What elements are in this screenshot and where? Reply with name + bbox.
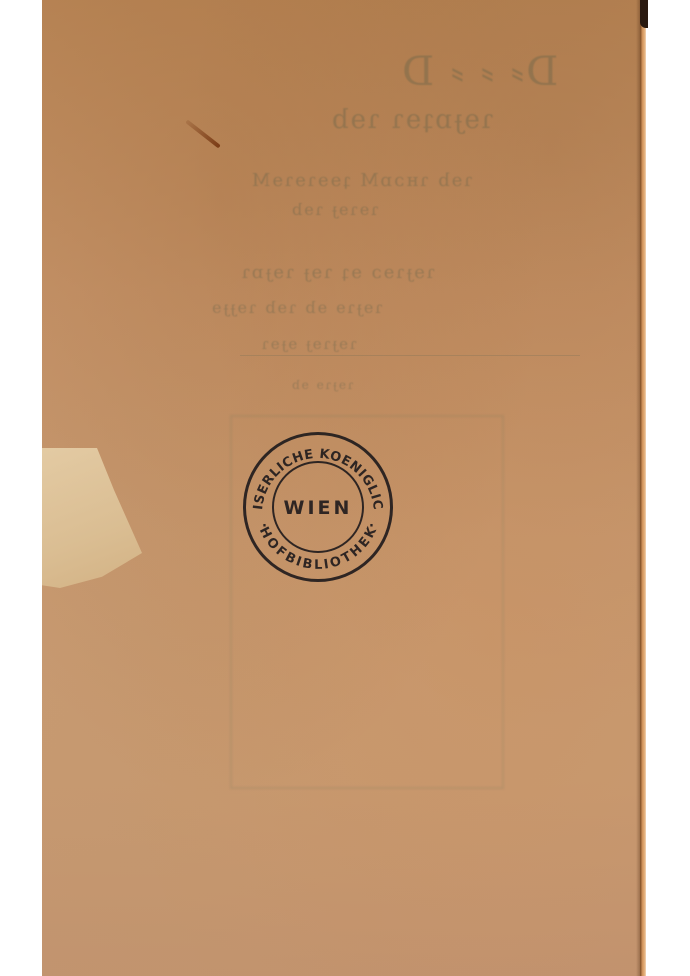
bleed-through-rule	[240, 355, 580, 356]
bleed-through-line: ɿɘɿɘɟ ɿɘb	[290, 200, 379, 219]
bleed-through-line: ɿɘɟɒʇɘɿ ɿɘb	[330, 105, 494, 135]
library-stamp: KAISERLICHE KOENIGLICHE HOFBIBLIOTHEK · …	[243, 432, 393, 582]
stamp-center-text: WIEN	[246, 497, 390, 519]
bleed-through-title: D⸗ ⸗ ⸗ D	[400, 48, 558, 95]
stamp-separator-right: ·	[369, 519, 374, 534]
bleed-through-line: ɿɘɟɿɘɔ ɘʇ ɿɘɟ ɿɘɟɒɿ	[240, 262, 435, 283]
page-fore-edge	[640, 0, 646, 976]
bleed-through-line: ɿɘɟɿɘɟ ɘɟɘɿ	[260, 335, 357, 353]
page-corner-shadow	[640, 0, 648, 28]
bleed-through-line: ɿɘɟɿɘ ɘb ɿɘb ɿɘɟɟɘ	[210, 298, 383, 317]
scanned-page-view: D⸗ ⸗ ⸗ D ɿɘɟɒʇɘɿ ɿɘb ɿɘb ɿʜɔɒM ʇɘɘɿɘɿɘM …	[0, 0, 690, 976]
stamp-separator-left: ·	[262, 519, 267, 534]
bleed-through-line: ɿɘb ɿʜɔɒM ʇɘɘɿɘɿɘM	[250, 170, 473, 191]
bleed-through-line: ɿɘɟɿɘ ɘb	[290, 378, 353, 392]
